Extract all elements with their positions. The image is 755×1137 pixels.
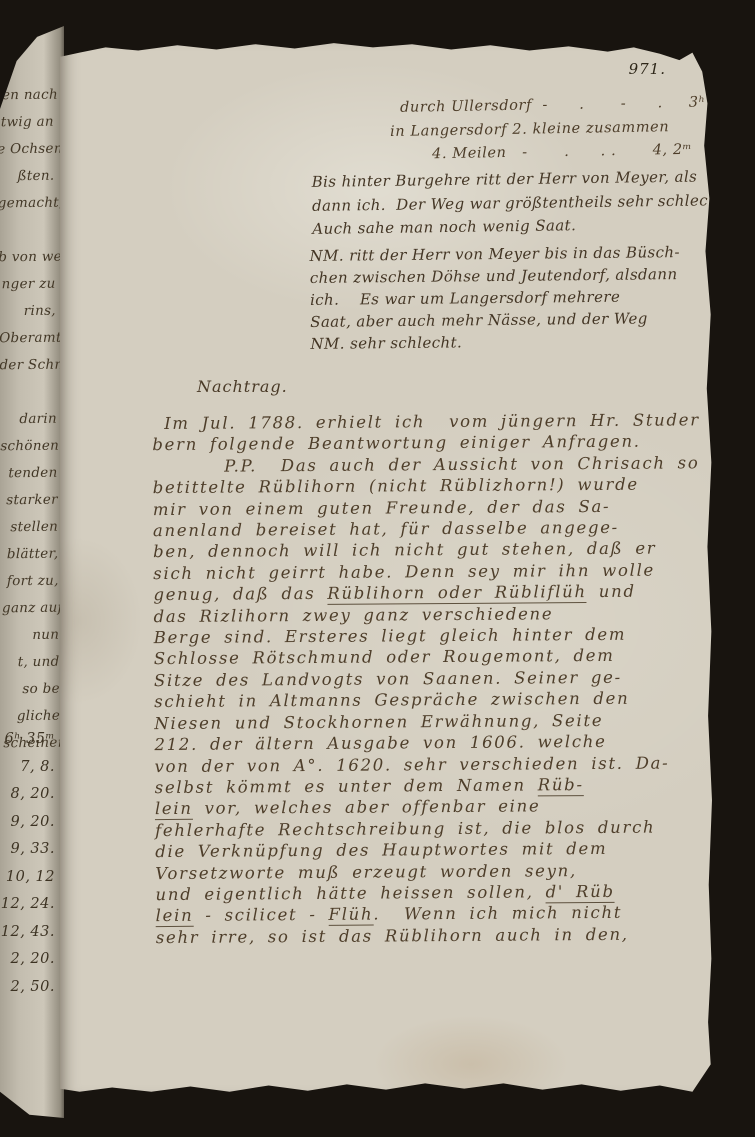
manuscript-scan: fen nachtwig ane Ochsen,ßten.gemacht,b v… [0,0,755,1137]
journal-line: Saat, aber auch mehr Nässe, und der Weg [310,307,681,333]
journal-line: chen zwischen Döhse und Jeutendorf, alsd… [310,263,681,289]
margin-fragment-line: rins, [0,298,56,326]
journal-paragraph-1: Bis hinter Burgehre ritt der Herr von Me… [312,165,731,241]
margin-fragment-line: starker [1,487,58,515]
margin-fragment-line: b von welch [0,244,55,272]
margin-fragment-line: fen nach [0,82,54,110]
underlined-text: lein [156,906,194,927]
itinerary-line: 4. Meilen - . . . 4, 2ᵐ [390,138,736,168]
underlined-text: Rüb- [538,775,584,796]
page-number: 971. [629,60,666,78]
text-segment: . Wenn ich mich nicht [373,903,622,924]
section-heading: Nachtrag. [197,377,288,396]
margin-number-column: 6ʰ 35ᵐ7, 8.8, 20.9, 20.9, 33.10, 1212, 2… [0,726,55,1001]
nachtrag-line: von der von A°. 1620. sehr verschieden i… [155,751,749,777]
margin-text-fragments: fen nachtwig ane Ochsen,ßten.gemacht,b v… [0,82,61,758]
margin-fragment-line: darin [0,406,57,434]
text-segment: genug, daß das [153,584,327,604]
margin-fragment-line: e Ochsen, [0,136,54,164]
margin-fragment-line: ßten. [0,163,55,191]
margin-fragment-line: stellen [1,514,58,542]
margin-fragment-line: t, und [2,649,59,677]
nachtrag-line: P.P. Das auch der Aussicht von Chrisach … [152,452,746,478]
margin-fragment-line: fort zu, [2,568,59,596]
margin-fragment-line [0,379,57,407]
margin-fragment-line: schönen [0,433,57,461]
margin-number-line: 7, 8. [0,754,55,782]
nachtrag-line: sehr irre, so ist das Rüblihorn auch in … [156,923,750,949]
margin-number-line: 12, 24. [0,891,55,919]
text-segment: selbst kömmt es unter dem Namen [155,775,538,797]
journal-line: Auch sahe man noch wenig Saat. [312,212,730,241]
nachtrag-paragraph: Im Jul. 1788. erhielt ich vom jüngern Hr… [152,409,749,948]
underlined-text: Flüh [328,905,373,926]
margin-number-line: 9, 20. [0,809,55,837]
margin-number-line: 8, 20. [0,781,55,809]
journal-line: NM. sehr schlecht. [310,329,681,355]
margin-fragment-line: nun [2,622,59,650]
margin-number-line: 12, 43. [0,919,55,947]
margin-number-line: 6ʰ 35ᵐ [0,726,55,754]
margin-fragment-line: twig an [0,109,54,137]
margin-fragment-line: Oberamt [0,325,56,353]
margin-fragment-line: nger zu [0,271,56,299]
margin-number-line: 10, 12 [0,864,55,892]
margin-fragment-line: der Schnee [0,352,57,380]
underlined-text: lein [155,799,193,820]
margin-number-line: 2, 50. [0,974,55,1002]
margin-fragment-line: blätter, [1,541,58,569]
text-segment: und eigentlich hätte heissen sollen, [155,882,545,904]
text-segment: und [587,582,636,601]
previous-page-edge: fen nachtwig ane Ochsen,ßten.gemacht,b v… [0,26,64,1118]
margin-fragment-line: tenden [0,460,57,488]
itinerary-block: durch Ullersdorf - . - . 3ʰ 0.ᵐin Langer… [389,91,736,168]
text-segment: vor, welches aber offenbar eine [193,797,541,818]
margin-fragment-line: gemacht, [0,190,55,218]
text-segment: - scilicet - [193,905,328,925]
margin-fragment-line [0,217,55,245]
margin-fragment-line: ganz auf [2,595,59,623]
underlined-text: d' Rüb [546,882,615,903]
journal-paragraph-2: NM. ritt der Herr von Meyer bis in das B… [309,241,681,355]
underlined-text: Rüblihorn oder Rübliflüh [327,582,587,605]
margin-number-line: 2, 20. [0,946,55,974]
margin-number-line: 9, 33. [0,836,55,864]
manuscript-page: 971. durch Ullersdorf - . - . 3ʰ 0.ᵐin L… [60,40,712,1096]
margin-fragment-line: so be [3,676,60,704]
